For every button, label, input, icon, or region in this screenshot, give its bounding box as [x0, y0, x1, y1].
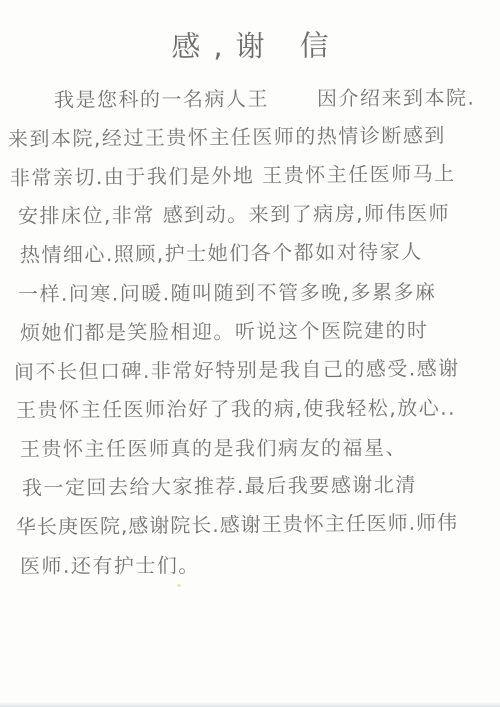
scan-edge-shadow [0, 702, 500, 707]
opening-text-left: 我是您科的一名病人王 [54, 87, 269, 112]
letter-line: 安排床位,非常 感到动。来到了病房,师伟医师 [8, 197, 496, 239]
letter-line: 热情细心.照顾,护士她们各个都如对待家人 [8, 235, 496, 278]
letter-line: 王贵怀主任医师治好了我的病,使我轻松,放心.. [8, 392, 496, 433]
paper-speck [177, 584, 181, 587]
scanned-letter-page: 感,谢 信 我是您科的一名病人王因介绍来到本院. 来到本院,经过王贵怀主任医师的… [0, 0, 500, 707]
letter-line: 医师.还有护士们。 [8, 548, 496, 589]
letter-line: 烦她们都是笑脸相迎。听说这个医院建的时 [8, 313, 496, 355]
letter-line: 华长庚医院,感谢院长.感谢王贵怀主任医师.师伟 [8, 506, 496, 550]
letter-line: 我一定回去给大家推荐.最后我要感谢北清 [8, 468, 496, 511]
letter-line: 一样.问寒.问暖.随叫随到不管多晚,多累多麻 [8, 275, 496, 316]
letter-body: 我是您科的一名病人王因介绍来到本院. 来到本院,经过王贵怀主任医师的热情诊断感到… [8, 84, 496, 588]
letter-line: 来到本院,经过王贵怀主任医师的热情诊断感到 [8, 119, 496, 162]
letter-title: 感,谢 信 [0, 22, 500, 66]
opening-text-right: 因介绍来到本院. [317, 86, 475, 111]
letter-opening-line: 我是您科的一名病人王因介绍来到本院. [8, 81, 496, 122]
letter-line: 非常亲切.由于我们是外地 王贵怀主任医师马上 [8, 156, 496, 200]
letter-line: 王贵怀主任医师真的是我们病友的福星、 [8, 431, 496, 472]
letter-line: 间不长但口碑.非常好特别是我自己的感受.感谢 [8, 351, 496, 394]
